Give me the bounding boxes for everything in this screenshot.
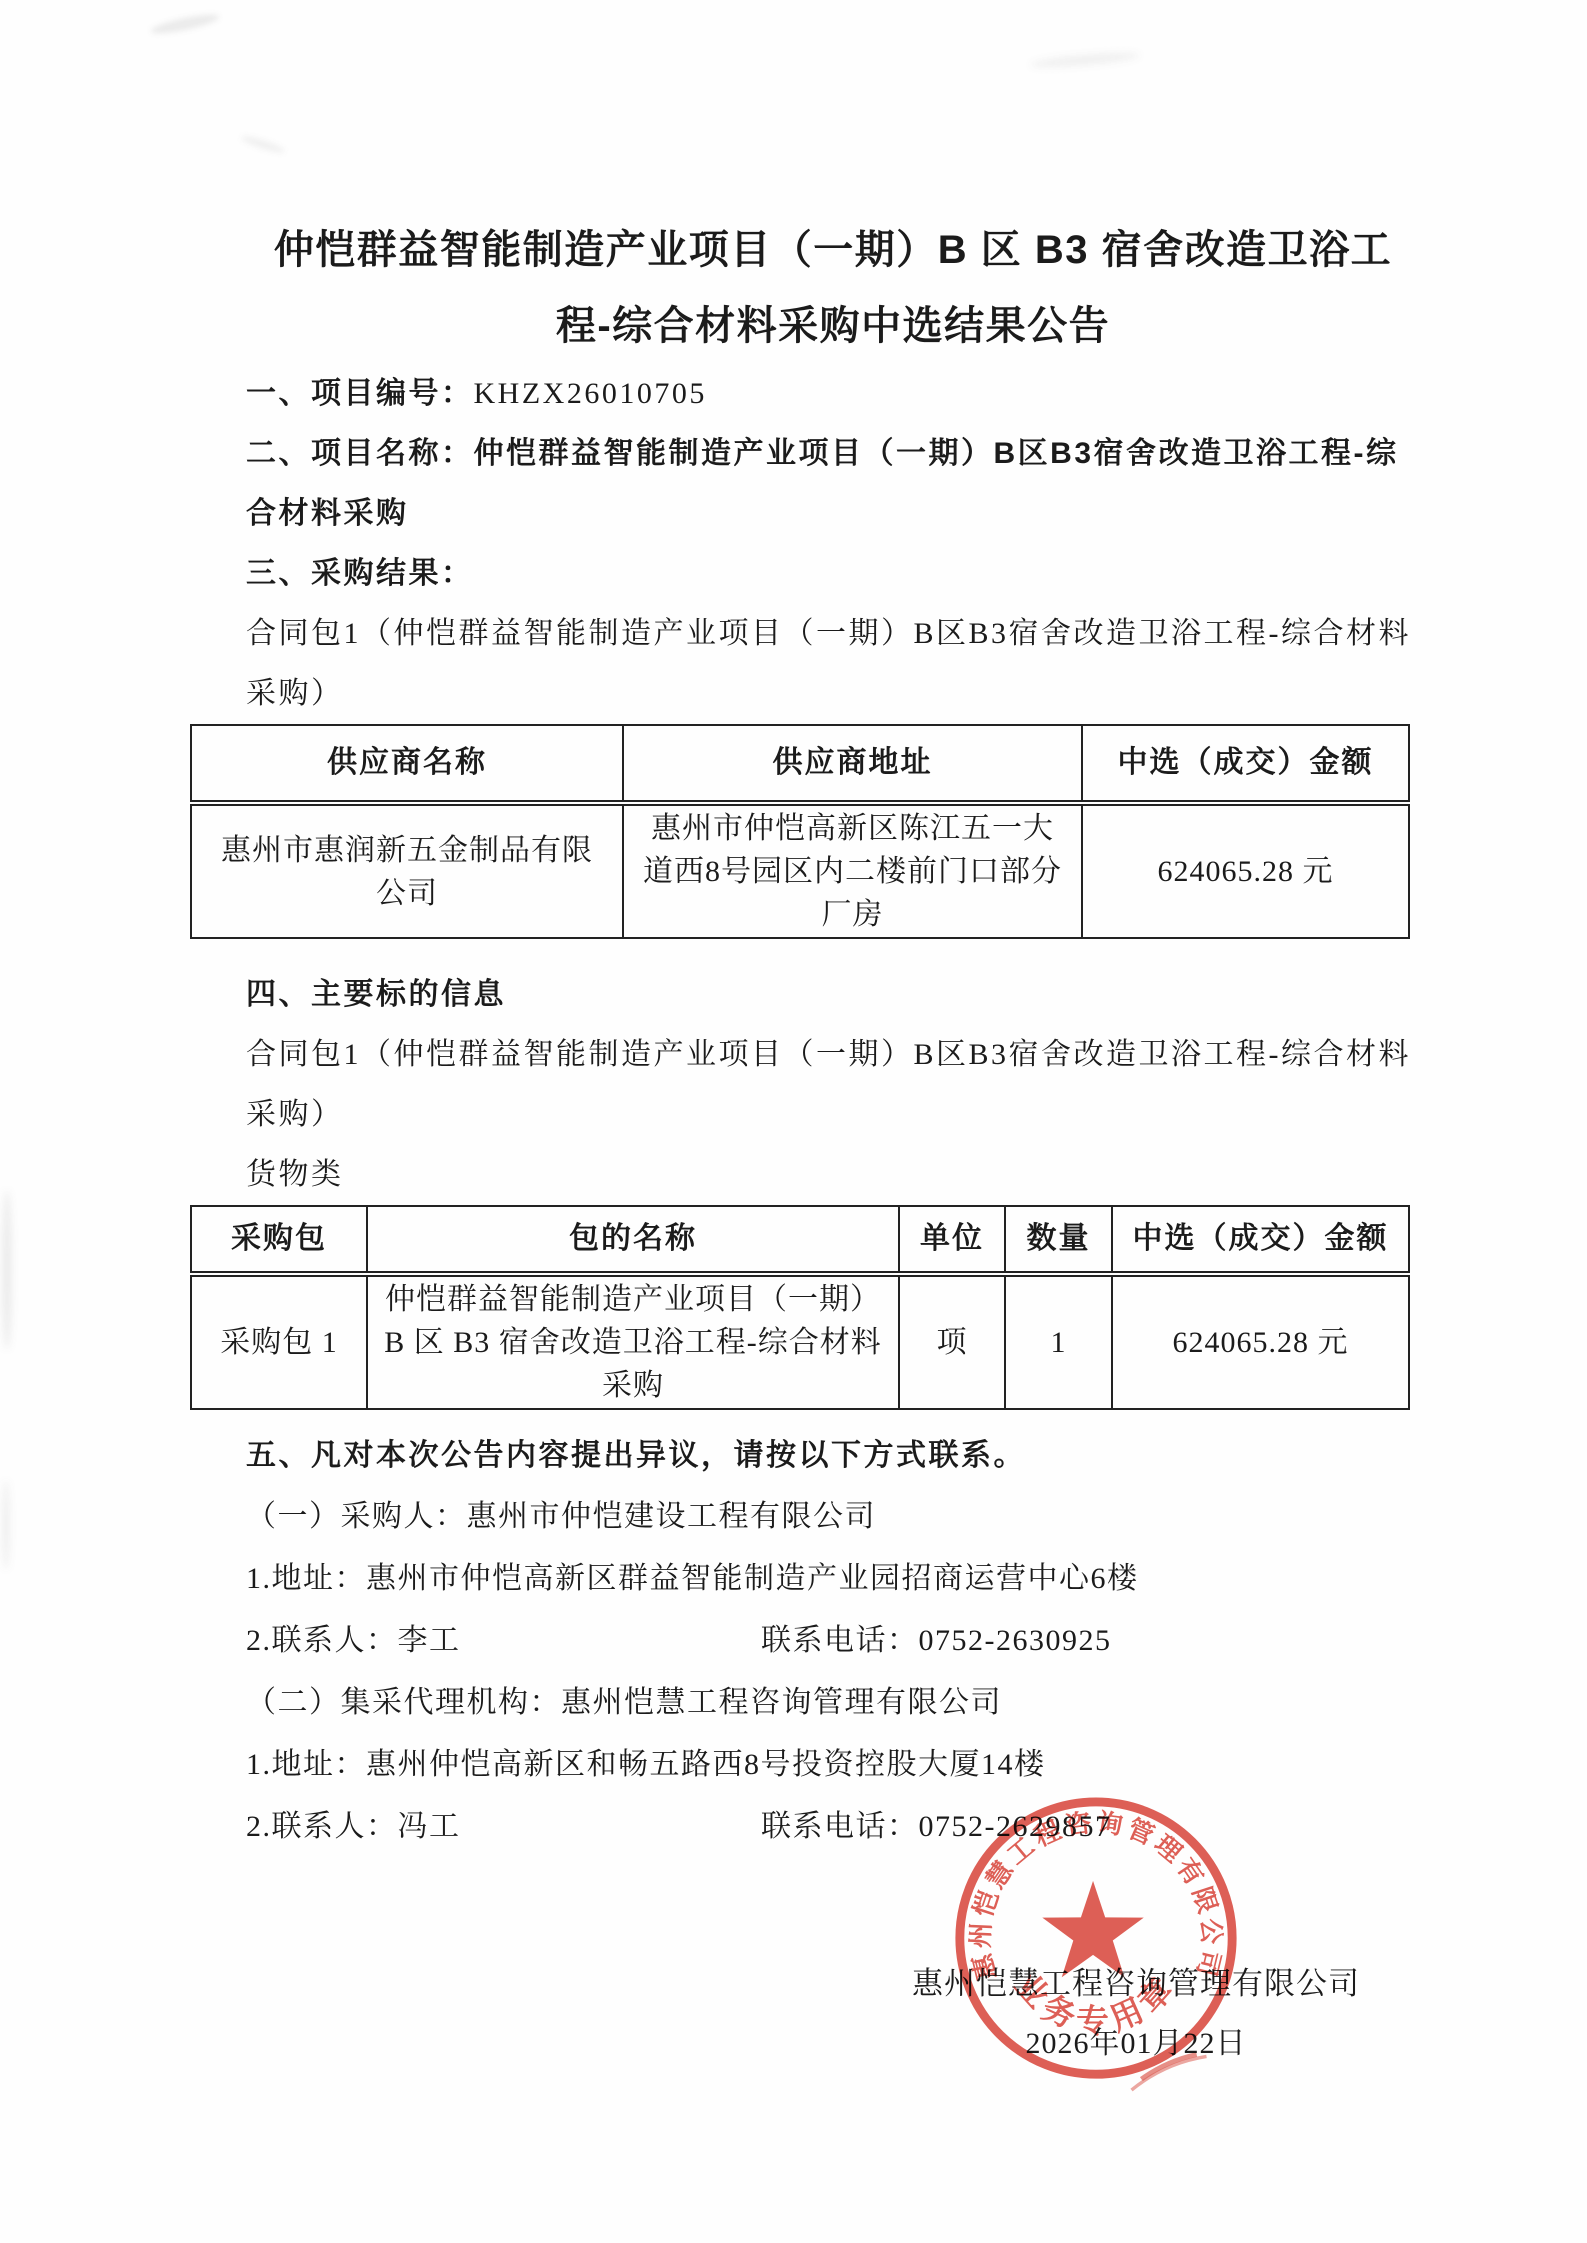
document-page: 仲恺群益智能制造产业项目（一期）B 区 B3 宿舍改造卫浴工 程-综合材料采购中…	[0, 0, 1587, 2243]
project-number-value: KHZX26010705	[474, 377, 707, 410]
section-project-name: 二、项目名称：仲恺群益智能制造产业项目（一期）B区B3宿舍改造卫浴工程-综合材料…	[246, 424, 1420, 544]
award-amount-header: 中选（成交）金额	[1082, 725, 1409, 803]
contract-package-2-text: 合同包1（仲恺群益智能制造产业项目（一期）B区B3宿舍改造卫浴工程-综合材料采购…	[246, 1025, 1420, 1145]
agency-address-line: 1.地址：惠州仲恺高新区和畅五路西8号投资控股大厦14楼	[246, 1734, 1420, 1796]
target-table: 采购包 包的名称 单位 数量 中选（成交）金额 采购包 1 仲恺群益智能制造产业…	[190, 1205, 1410, 1410]
agency-name: 惠州恺慧工程咨询管理有限公司	[561, 1686, 1002, 1719]
signature-company: 惠州恺慧工程咨询管理有限公司	[912, 1954, 1360, 2014]
objection-contact-label: 五、凡对本次公告内容提出异议，请按以下方式联系。	[246, 1439, 1026, 1472]
purchaser-phone: 联系电话：0752-2630925	[761, 1624, 1112, 1657]
main-target-info-label: 四、主要标的信息	[246, 978, 506, 1011]
agency-label: （二）集采代理机构：	[246, 1686, 561, 1719]
page-title-line1: 仲恺群益智能制造产业项目（一期）B 区 B3 宿舍改造卫浴工	[246, 212, 1420, 288]
purchaser-label: （一）采购人：	[246, 1500, 467, 1533]
unit-header: 单位	[899, 1206, 1005, 1274]
award-amount-cell: 624065.28 元	[1082, 803, 1409, 938]
goods-category-text: 货物类	[246, 1145, 1420, 1205]
supplier-table-row: 惠州市惠润新五金制品有限公司 惠州市仲恺高新区陈江五一大道西8号园区内二楼前门口…	[191, 803, 1409, 938]
supplier-name-cell: 惠州市惠润新五金制品有限公司	[191, 803, 623, 938]
purchaser-address-line: 1.地址：惠州市仲恺高新区群益智能制造产业园招商运营中心6楼	[246, 1548, 1420, 1610]
agency-phone: 联系电话：0752-2629857	[761, 1810, 1112, 1843]
document-content: 仲恺群益智能制造产业项目（一期）B 区 B3 宿舍改造卫浴工 程-综合材料采购中…	[0, 0, 1587, 2074]
agency-contact-person: 2.联系人：冯工	[246, 1796, 761, 1858]
supplier-address-header: 供应商地址	[623, 725, 1082, 803]
package-name-header: 包的名称	[367, 1206, 899, 1274]
supplier-name-header: 供应商名称	[191, 725, 623, 803]
package-header: 采购包	[191, 1206, 367, 1274]
procurement-result-label: 三、采购结果：	[246, 557, 474, 590]
purchaser-name: 惠州市仲恺建设工程有限公司	[467, 1500, 877, 1533]
contract-package-1-text: 合同包1（仲恺群益智能制造产业项目（一期）B区B3宿舍改造卫浴工程-综合材料采购…	[246, 604, 1420, 724]
package-name-cell: 仲恺群益智能制造产业项目（一期）B 区 B3 宿舍改造卫浴工程-综合材料采购	[367, 1274, 899, 1409]
target-table-row: 采购包 1 仲恺群益智能制造产业项目（一期）B 区 B3 宿舍改造卫浴工程-综合…	[191, 1274, 1409, 1409]
purchaser-line: （一）采购人：惠州市仲恺建设工程有限公司	[246, 1486, 1420, 1548]
section-project-number: 一、项目编号：KHZX26010705	[246, 364, 1420, 424]
section-objection-contact: 五、凡对本次公告内容提出异议，请按以下方式联系。	[246, 1426, 1420, 1486]
quantity-header: 数量	[1005, 1206, 1112, 1274]
agency-line: （二）集采代理机构：惠州恺慧工程咨询管理有限公司	[246, 1672, 1420, 1734]
supplier-table: 供应商名称 供应商地址 中选（成交）金额 惠州市惠润新五金制品有限公司 惠州市仲…	[190, 724, 1410, 939]
target-table-header-row: 采购包 包的名称 单位 数量 中选（成交）金额	[191, 1206, 1409, 1274]
signature-date: 2026年01月22日	[912, 2014, 1360, 2074]
supplier-table-header-row: 供应商名称 供应商地址 中选（成交）金额	[191, 725, 1409, 803]
quantity-cell: 1	[1005, 1274, 1112, 1409]
award-amount-header2: 中选（成交）金额	[1112, 1206, 1409, 1274]
supplier-address-cell: 惠州市仲恺高新区陈江五一大道西8号园区内二楼前门口部分厂房	[623, 803, 1082, 938]
page-title-line2: 程-综合材料采购中选结果公告	[246, 288, 1420, 364]
purchaser-contact-person: 2.联系人：李工	[246, 1610, 761, 1672]
purchaser-contact-line: 2.联系人：李工联系电话：0752-2630925	[246, 1610, 1420, 1672]
section-procurement-result: 三、采购结果：	[246, 544, 1420, 604]
section-main-target-info: 四、主要标的信息	[246, 965, 1420, 1025]
closing-block: 惠州恺慧工程咨询管理有限公司 2026年01月22日	[912, 1954, 1360, 2074]
award-amount-cell2: 624065.28 元	[1112, 1274, 1409, 1409]
unit-cell: 项	[899, 1274, 1005, 1409]
project-number-label: 一、项目编号：	[246, 377, 474, 410]
agency-contact-line: 2.联系人：冯工联系电话：0752-2629857	[246, 1796, 1420, 1858]
project-name-label: 二、项目名称：	[246, 437, 474, 470]
package-cell: 采购包 1	[191, 1274, 367, 1409]
